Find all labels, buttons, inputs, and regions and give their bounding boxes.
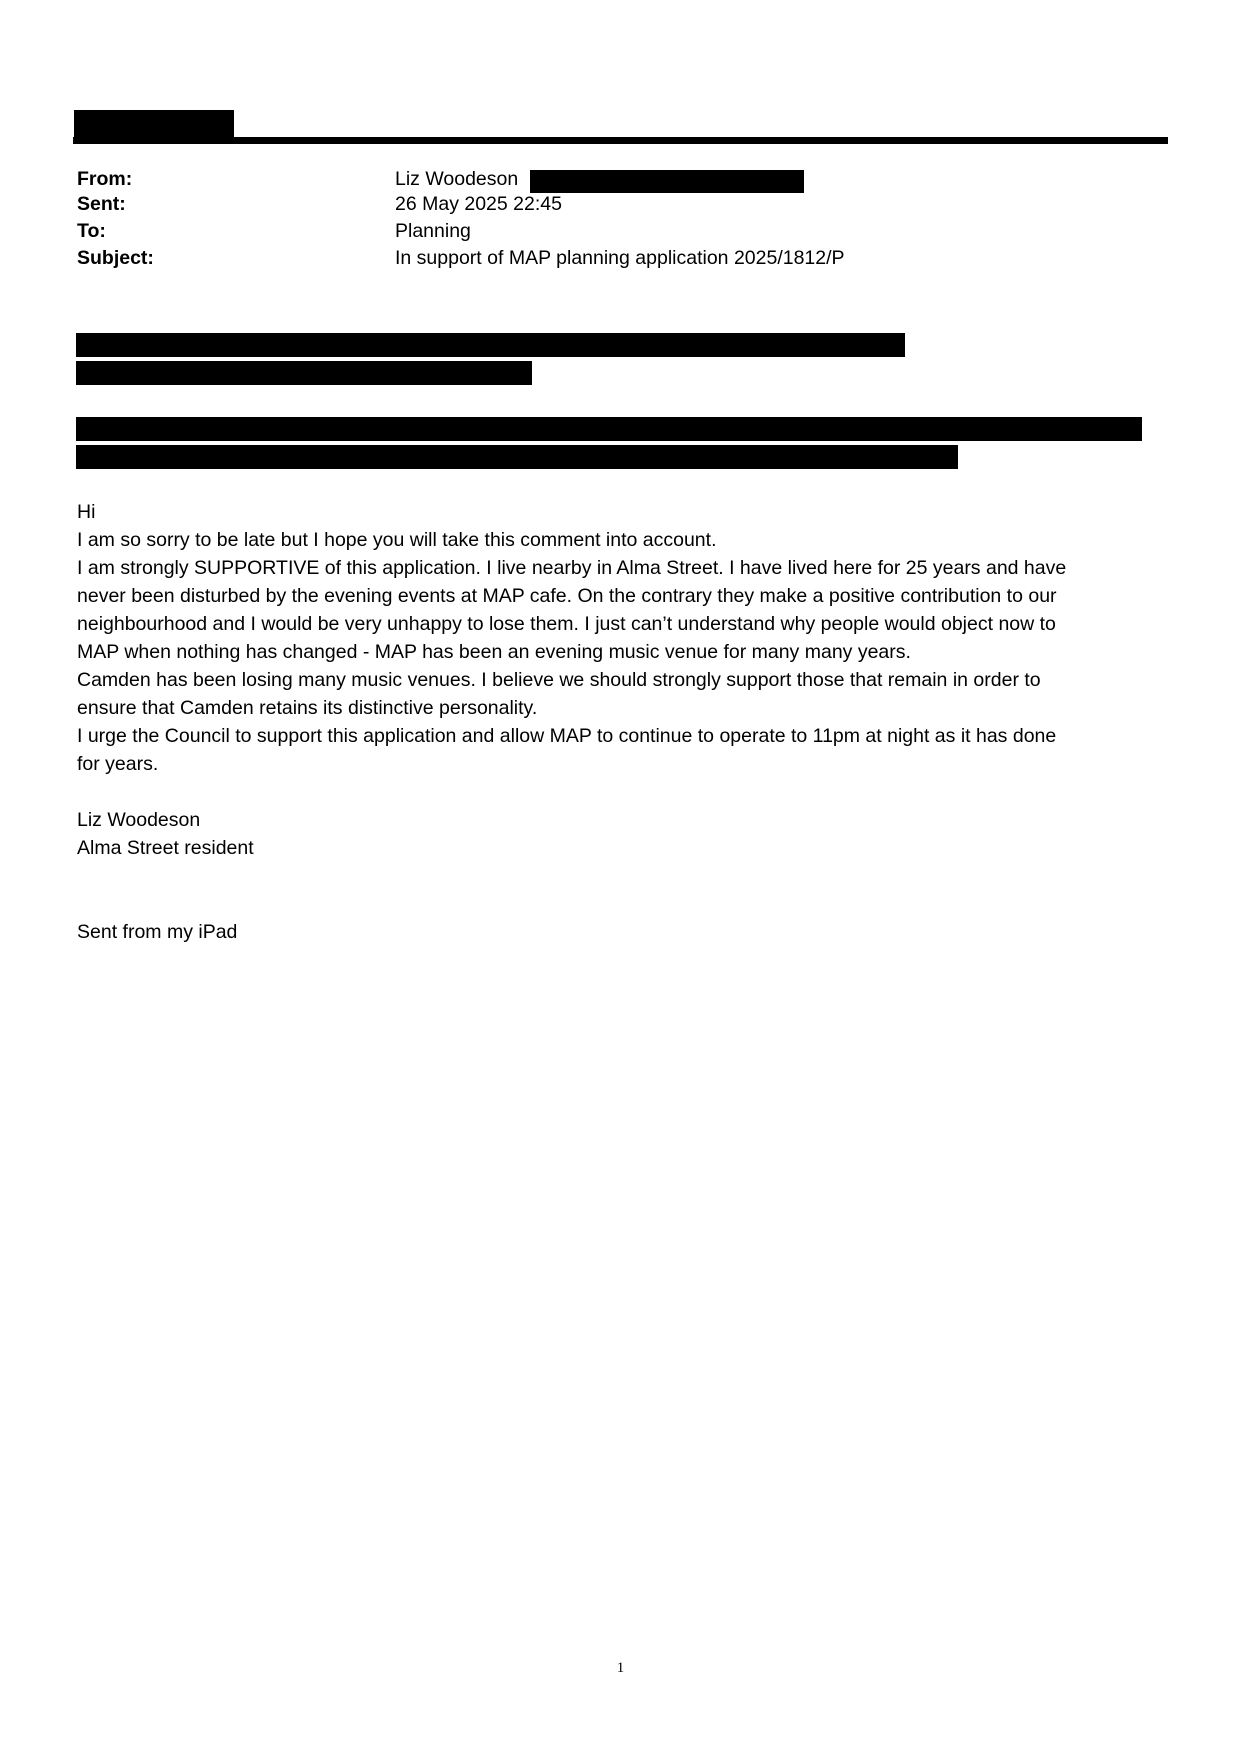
to-value: Planning xyxy=(395,218,471,245)
spacer xyxy=(77,890,1066,918)
sent-label: Sent: xyxy=(77,191,126,218)
signature-title: Alma Street resident xyxy=(77,834,1066,862)
body-line: for years. xyxy=(77,750,1066,778)
body-line: ensure that Camden retains its distincti… xyxy=(77,694,1066,722)
redacted-recipient-name xyxy=(74,110,234,138)
email-body: Hi I am so sorry to be late but I hope y… xyxy=(77,498,1066,946)
redaction-bar xyxy=(76,361,532,385)
header-rule xyxy=(73,137,1168,144)
spacer xyxy=(77,862,1066,890)
spacer xyxy=(77,778,1066,806)
page-number: 1 xyxy=(0,1660,1241,1677)
from-label: From: xyxy=(77,166,132,193)
body-line: I am so sorry to be late but I hope you … xyxy=(77,526,1066,554)
redaction-bar xyxy=(76,417,1142,441)
from-value: Liz Woodeson xyxy=(395,166,518,193)
body-line: MAP when nothing has changed - MAP has b… xyxy=(77,638,1066,666)
redaction-bar xyxy=(76,333,905,357)
body-line: I am strongly SUPPORTIVE of this applica… xyxy=(77,554,1066,582)
signature-name: Liz Woodeson xyxy=(77,806,1066,834)
body-line: never been disturbed by the evening even… xyxy=(77,582,1066,610)
subject-value: In support of MAP planning application 2… xyxy=(395,245,845,272)
redaction-bar xyxy=(76,445,958,469)
body-line: I urge the Council to support this appli… xyxy=(77,722,1066,750)
subject-label: Subject: xyxy=(77,245,154,272)
sent-value: 26 May 2025 22:45 xyxy=(395,191,562,218)
body-line: Hi xyxy=(77,498,1066,526)
to-label: To: xyxy=(77,218,106,245)
redacted-sender-email xyxy=(530,170,804,193)
document-page: From: Liz Woodeson Sent: 26 May 2025 22:… xyxy=(0,0,1241,1755)
sent-from-note: Sent from my iPad xyxy=(77,918,1066,946)
body-line: Camden has been losing many music venues… xyxy=(77,666,1066,694)
body-line: neighbourhood and I would be very unhapp… xyxy=(77,610,1066,638)
